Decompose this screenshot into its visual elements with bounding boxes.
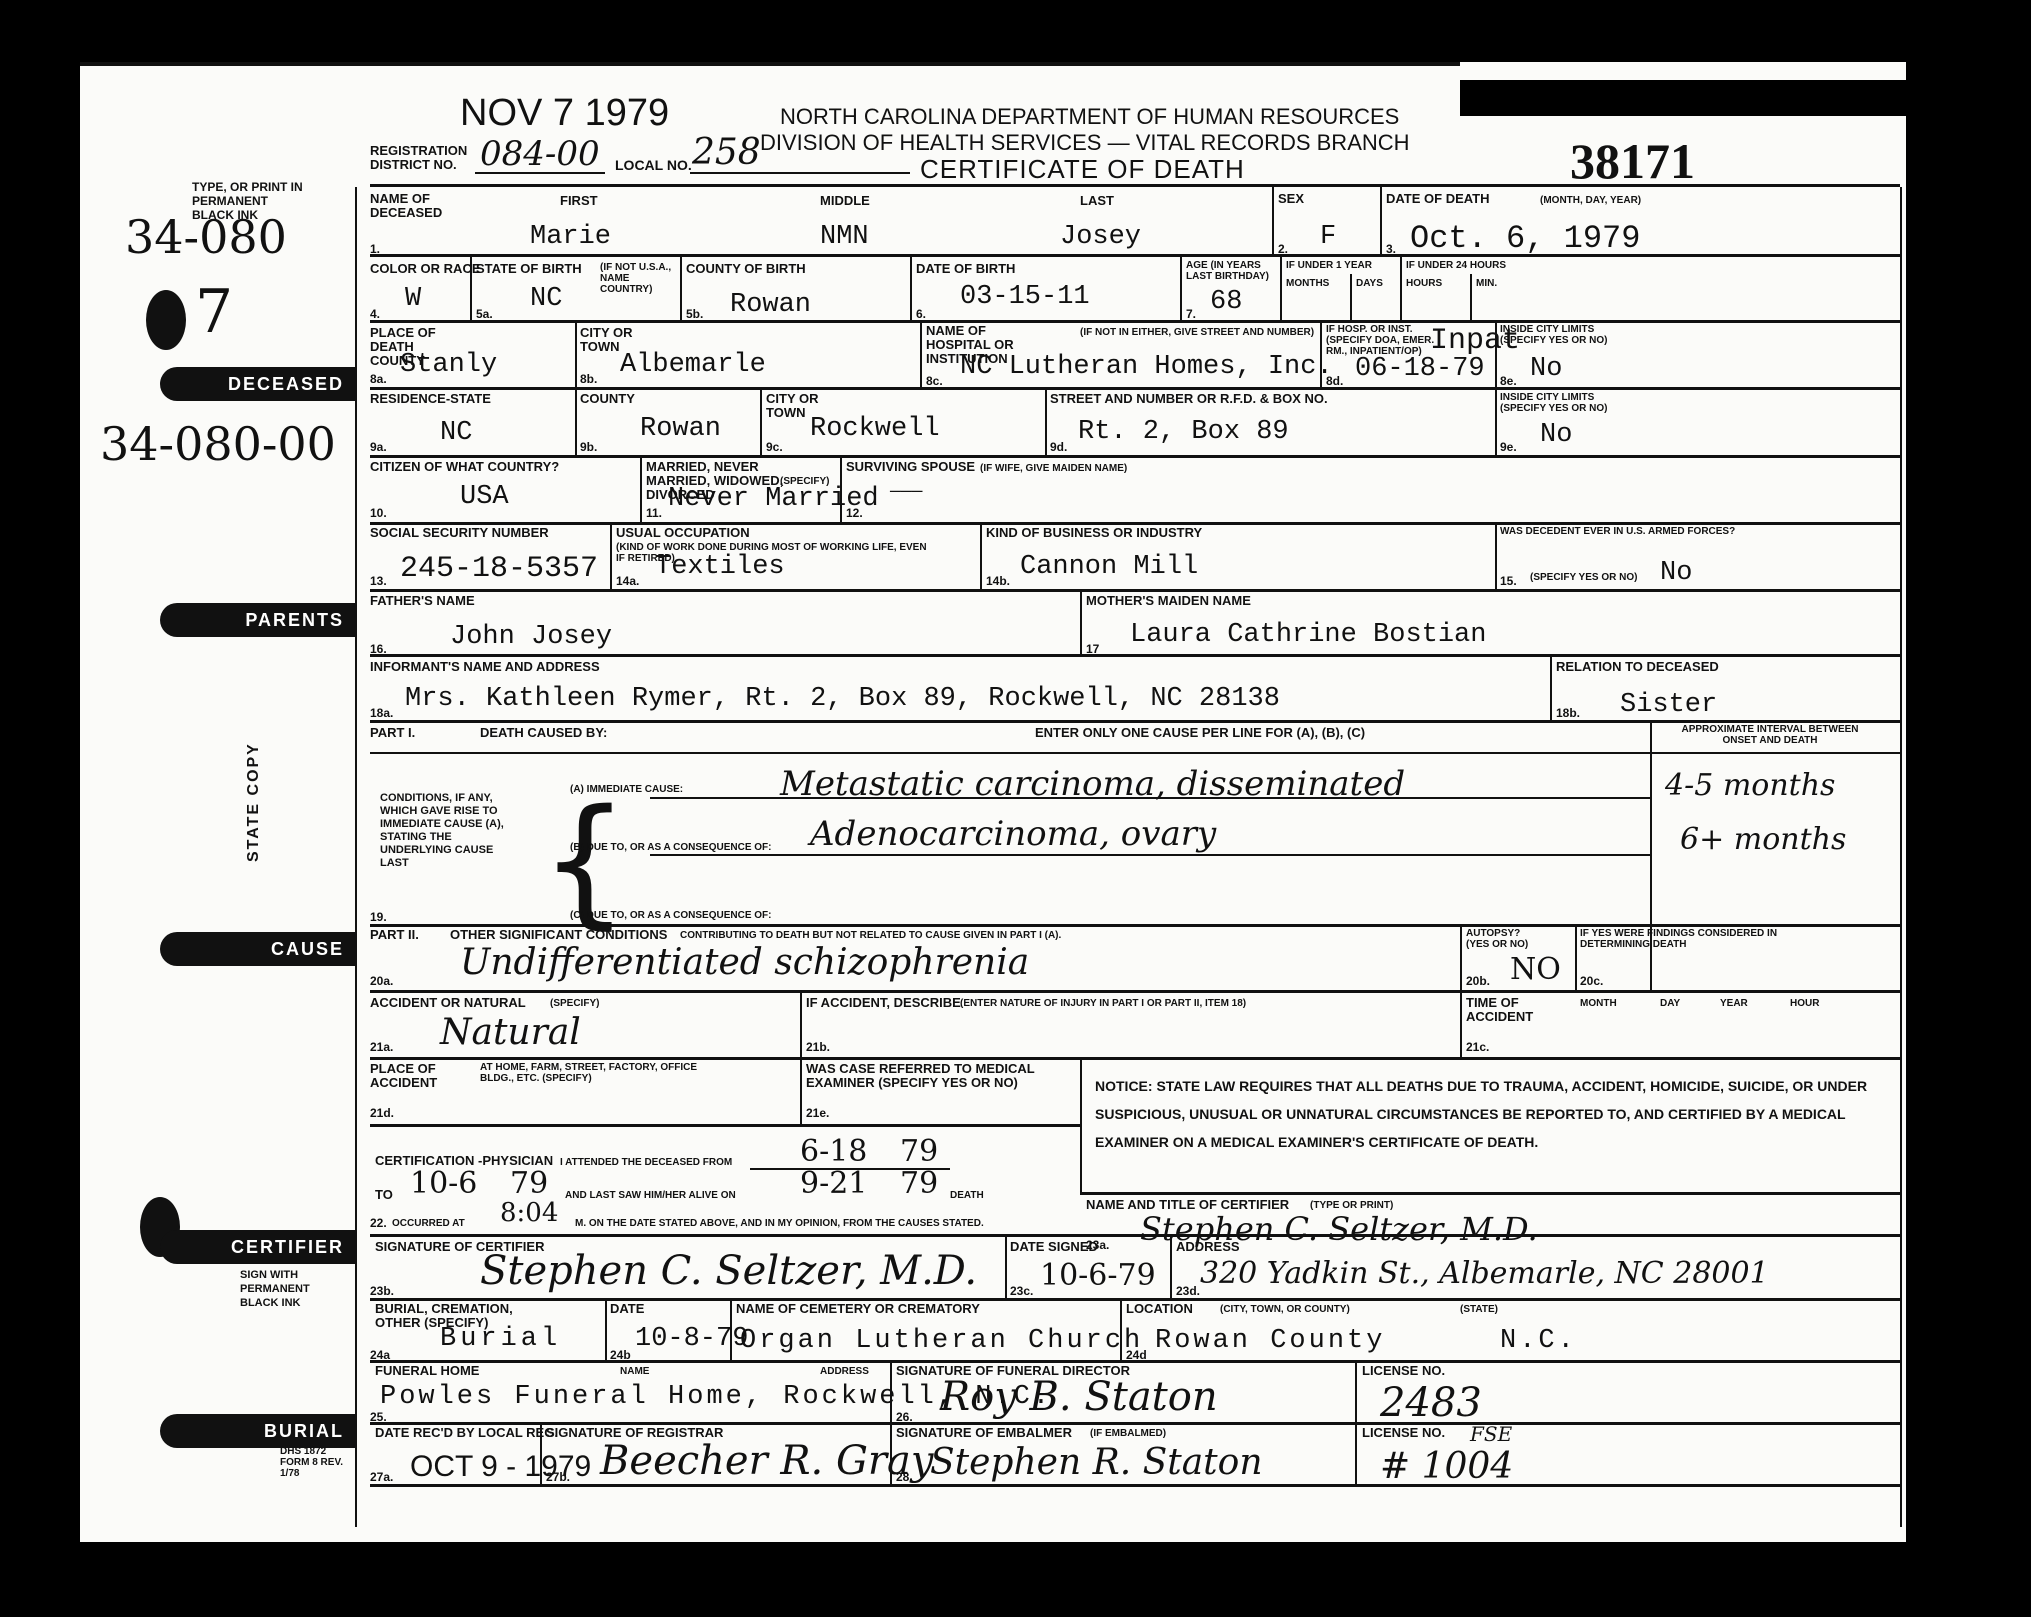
armed-forces-specify: (SPECIFY YES OR NO) [1530,572,1637,583]
top-border [80,62,1460,66]
rule [470,254,472,322]
sex-value: F [1320,222,1336,252]
item-number: 8a. [370,372,387,386]
rule [1080,589,1082,655]
item-number: 11. [646,506,662,520]
under-24-hours-label: IF UNDER 24 HOURS [1406,260,1506,271]
name-label: NAME OF DECEASED [370,192,460,220]
deceased-middle-name: NMN [820,222,869,252]
item-number: 23d. [1176,1284,1200,1298]
attended-from: 6-18 [800,1134,867,1169]
rule [840,455,842,523]
license-value: 2483 [1380,1380,1482,1426]
date-of-birth-label: DATE OF BIRTH [916,262,1015,276]
cause-b-label: (b) DUE TO, OR AS A CONSEQUENCE OF: [570,842,772,853]
county-of-birth-label: COUNTY OF BIRTH [686,262,806,276]
item-number: 5b. [686,307,703,321]
item-number: 7. [1186,307,1196,321]
date-signed-label: DATE SIGNED [1010,1240,1098,1254]
describe-note: (ENTER NATURE OF INJURY IN PART I OR PAR… [960,998,1246,1009]
last-saw-year: 79 [900,1166,938,1201]
inside-city-limits-9e: No [1540,420,1572,450]
state-of-birth-label: STATE OF BIRTH [476,262,582,276]
local-no: 258 [692,132,761,173]
tab-certifier: CERTIFIER [160,1230,356,1264]
hosp-date: 06-18-79 [1355,354,1485,384]
citizen-value: USA [460,482,509,512]
rule [610,522,612,590]
local-no-label: LOCAL NO. [615,158,692,172]
rule [370,254,1900,257]
attended-to-year: 79 [510,1166,548,1201]
rule [370,387,1900,390]
certificate-number: 38171 [1570,132,1695,190]
state-copy-label: STATE COPY [245,742,263,862]
rule [370,720,1900,723]
item-number: 20b. [1466,974,1490,988]
rule [1575,924,1577,992]
first-label: FIRST [560,194,598,208]
attended-from-year: 79 [900,1134,938,1169]
rule [1170,1234,1172,1300]
rule [910,254,912,322]
cause-instruction: ENTER ONLY ONE CAUSE PER LINE FOR (a), (… [1035,726,1365,740]
race-label: COLOR OR RACE [370,262,481,276]
disposition-value: Burial [440,1324,561,1354]
informant-label: INFORMANT'S NAME AND ADDRESS [370,660,600,674]
rule [680,254,682,322]
cemetery-name: Organ Lutheran Church [740,1326,1143,1356]
punch-hole [146,290,186,350]
day-label: DAY [1660,998,1680,1009]
item-number: 8e. [1500,374,1517,388]
age-value: 68 [1210,287,1242,317]
item-number: 21e. [806,1106,829,1120]
rule [1350,274,1352,322]
occupation-value: Textiles [655,552,785,582]
rule [1460,924,1462,992]
place-of-accident-label: PLACE OF ACCIDENT [370,1062,450,1090]
place-of-death-city: Albemarle [620,350,766,380]
rule [370,589,1900,592]
citizen-label: CITIZEN OF WHAT COUNTRY? [370,460,559,474]
occurred-at-label: OCCURRED AT [392,1218,465,1229]
rule [370,320,1900,323]
place-of-death-county: Stanly [400,350,497,380]
residence-county-label: COUNTY [580,392,635,406]
under-1-year-label: IF UNDER 1 YEAR [1286,260,1372,271]
conditions-note: CONDITIONS, IF ANY, WHICH GAVE RISE TO I… [380,792,520,870]
father-label: FATHER'S NAME [370,594,475,608]
item-number: 5a. [476,307,493,321]
rule [575,320,577,388]
item-number: 13. [370,574,387,588]
county-of-birth: Rowan [730,290,811,320]
item-number: 21a. [370,1040,393,1054]
autopsy-label: AUTOPSY? (YES OR NO) [1466,928,1536,950]
attended-to: 10-6 [410,1166,477,1201]
place-of-accident-note: AT HOME, FARM, STREET, FACTORY, OFFICE B… [480,1062,710,1084]
certifier-address: 320 Yadkin St., Albemarle, NC 28001 [1200,1256,1769,1291]
rule [370,1057,1900,1060]
registration-district-no: 084-00 [480,134,600,174]
part1-label: PART I. [370,726,415,740]
rule [890,1422,892,1486]
street-label: STREET AND NUMBER OR R.F.D. & BOX NO. [1050,392,1328,406]
min-label: MIN. [1476,278,1497,289]
rule [1470,274,1472,322]
item-number: 9a. [370,440,387,454]
rule [370,752,1900,754]
rule [1495,320,1497,388]
rule [640,455,642,523]
item-number: 8b. [580,372,597,386]
race-value: W [405,284,421,314]
item-number: 18a. [370,706,393,720]
rule [890,1360,892,1424]
residence-city: Rockwell [810,414,940,444]
months-label: MONTHS [1286,278,1329,289]
rule [370,1234,1900,1237]
spouse-note: (IF WIFE, GIVE MAIDEN NAME) [980,463,1127,474]
item-number: 4. [370,307,380,321]
cause-a-interval: 4-5 months [1665,768,1835,803]
funeral-home-address-label: ADDRESS [820,1366,869,1377]
last-saw-label: AND LAST SAW HIM/HER ALIVE ON [565,1190,736,1201]
rule [1400,254,1402,322]
rule [1495,522,1497,590]
item-number: 14a. [616,574,639,588]
item-number: 9c. [766,440,783,454]
father-name: John Josey [450,622,612,652]
form-left-border [355,187,357,1527]
registration-district-label: REGISTRATION DISTRICT NO. [370,144,470,172]
certificate-title: CERTIFICATE OF DEATH [920,154,1245,185]
spouse-value: ——— [890,482,922,502]
item-number: 28. [896,1470,913,1484]
underline [690,172,910,174]
tab-cause: CAUSE [160,932,356,966]
registrar-signature: Beecher R. Gray [600,1438,933,1484]
item-number: 20a. [370,974,393,988]
deceased-first-name: Marie [530,222,611,252]
item-number: 12. [846,506,863,520]
item-number: 9e. [1500,440,1517,454]
item-number: 8c. [926,374,943,388]
bottom-rule [370,1484,1900,1487]
death-caused-by-label: DEATH CAUSED BY: [480,726,607,740]
rule [1495,387,1497,457]
embalmer-label: SIGNATURE OF EMBALMER [896,1426,1072,1440]
death-label: DEATH [950,1190,984,1201]
date-of-death: Oct. 6, 1979 [1410,220,1640,257]
item-number: 21b. [806,1040,830,1054]
date-of-birth: 03-15-11 [960,282,1090,312]
stamp-date: NOV 7 1979 [460,92,669,135]
ssn-label: SOCIAL SECURITY NUMBER [370,526,549,540]
residence-state: NC [440,418,472,448]
redaction-bar [1460,80,1906,116]
rule [920,320,922,388]
spouse-label: SURVIVING SPOUSE [846,460,975,474]
rule [575,387,577,457]
state-of-birth-note: (IF NOT U.S.A., NAME COUNTRY) [600,262,680,295]
department-title: NORTH CAROLINA DEPARTMENT OF HUMAN RESOU… [780,104,1399,130]
inside-city-limits-label: INSIDE CITY LIMITS (SPECIFY YES OR NO) [1500,392,1620,414]
handwritten-code-2: 7 [195,277,233,347]
hospital-name: NC Lutheran Homes, Inc. [960,352,1333,382]
location-label: LOCATION [1126,1302,1193,1316]
underline [475,172,605,174]
location-note: (CITY, TOWN, OR COUNTY) [1220,1304,1350,1315]
item-number: 27b. [546,1470,570,1484]
rule [370,990,1900,993]
sex-label: SEX [1278,192,1304,206]
month-label: MONTH [1580,998,1617,1009]
rule [1460,990,1462,1058]
rule [1180,254,1182,322]
burial-state: N.C. [1500,1326,1577,1356]
year-label: YEAR [1720,998,1748,1009]
item-number: 22. [370,1216,387,1230]
mother-label: MOTHER'S MAIDEN NAME [1086,594,1251,608]
medical-examiner-notice: NOTICE: STATE LAW REQUIRES THAT ALL DEAT… [1095,1072,1885,1156]
item-number: 15. [1500,574,1517,588]
cause-c-label: (c) DUE TO, OR AS A CONSEQUENCE OF: [570,910,772,921]
rule [1080,1057,1082,1192]
embalmer-note: (IF EMBALMED) [1090,1428,1166,1439]
date-of-death-label: DATE OF DEATH [1386,192,1490,206]
occurred-at: 8:04 [500,1198,558,1228]
time-of-accident-label: TIME OF ACCIDENT [1466,996,1546,1024]
certifier-signature: Stephen C. Seltzer, M.D. [480,1248,977,1294]
tab-parents: PARENTS [160,603,356,637]
rule [370,1124,1080,1127]
item-number: 19. [370,910,387,924]
accident-specify: (SPECIFY) [550,998,599,1009]
residence-street: Rt. 2, Box 89 [1078,417,1289,447]
item-number: 9b. [580,440,597,454]
interval-label: APPROXIMATE INTERVAL BETWEEN ONSET AND D… [1670,724,1870,746]
funeral-home-label: FUNERAL HOME [375,1364,479,1378]
rule [980,522,982,590]
rule [1120,1298,1122,1362]
days-label: DAYS [1356,278,1383,289]
rule [370,1360,1900,1363]
embalmer-signature: Stephen R. Staton [930,1442,1263,1483]
hour-label: HOUR [1790,998,1819,1009]
tab-deceased: DECEASED [160,367,356,401]
describe-label: IF ACCIDENT, DESCRIBE [806,996,961,1010]
item-number: 20c. [1580,974,1603,988]
findings-label: IF YES WERE FINDINGS CONSIDERED IN DETER… [1580,928,1820,950]
date-format-label: (MONTH, DAY, YEAR) [1540,195,1641,206]
funeral-director-signature: Roy B. Staton [940,1374,1218,1420]
armed-forces-value: No [1660,558,1692,588]
rule [730,1298,732,1362]
item-number: 10. [370,506,387,520]
funeral-home-name-label: NAME [620,1366,649,1377]
rule [1080,1192,1900,1195]
date-recd-label: DATE REC'D BY LOCAL REG. [375,1426,558,1440]
ssn-value: 245-18-5357 [400,552,598,586]
rule [540,1422,542,1486]
occupation-label: USUAL OCCUPATION [616,526,750,540]
rule [1280,254,1282,322]
rule [370,184,1900,187]
embalmer-license-prefix: FSE [1470,1422,1512,1446]
medical-examiner-label: WAS CASE REFERRED TO MEDICAL EXAMINER (S… [806,1062,1066,1090]
last-label: LAST [1080,194,1114,208]
tab-burial: BURIAL [160,1414,356,1448]
inside-city-limits-label: INSIDE CITY LIMITS (SPECIFY YES OR NO) [1500,324,1620,346]
business-label: KIND OF BUSINESS OR INDUSTRY [986,526,1202,540]
part2-label: PART II. [370,928,419,942]
rule [650,854,1650,856]
rule [1005,1234,1007,1300]
embalmer-license-value: # 1004 [1380,1446,1513,1487]
last-saw: 9-21 [800,1166,867,1201]
rule [605,1298,607,1362]
state-of-birth: NC [530,284,562,314]
cause-b-interval: 6+ months [1680,822,1846,857]
embalmer-license-label: LICENSE NO. [1362,1426,1445,1440]
armed-forces-label: WAS DECEDENT EVER IN U.S. ARMED FORCES? [1500,526,1760,537]
item-number: 14b. [986,574,1010,588]
item-number: 8d. [1326,374,1343,388]
rule [1045,387,1047,457]
hospital-note: (IF NOT IN EITHER, GIVE STREET AND NUMBE… [1080,327,1314,338]
rule [760,387,762,457]
age-label: AGE (IN YEARS LAST BIRTHDAY) [1186,260,1286,282]
hosp-status-label: IF HOSP. OR INST. (Specify DOA, Emer. Rm… [1326,324,1446,357]
relation-label: RELATION TO DECEASED [1556,660,1719,674]
item-number: 23c. [1010,1284,1033,1298]
rule [370,455,1900,458]
handwritten-code-1: 34-080 [125,210,287,264]
certificate-sheet: NOV 7 1979 NORTH CAROLINA DEPARTMENT OF … [80,62,1906,1542]
rule [1380,184,1382,256]
residence-county: Rowan [640,414,721,444]
rule [370,654,1900,657]
division-title: DIVISION OF HEALTH SERVICES — VITAL RECO… [760,130,1410,156]
item-number: 21c. [1466,1040,1489,1054]
form-code: DHS 1872 FORM 8 REV. 1/78 [280,1446,350,1479]
autopsy-value: NO [1510,952,1561,987]
middle-label: MIDDLE [820,194,870,208]
date-signed: 10-6-79 [1040,1258,1156,1293]
cemetery-label: NAME OF CEMETERY OR CREMATORY [736,1302,980,1316]
attended-from-label: I ATTENDED THE DECEASED FROM [560,1157,732,1168]
item-number: 6. [916,307,926,321]
certifier-address-label: ADDRESS [1176,1240,1240,1254]
accident-label: ACCIDENT OR NATURAL [370,996,526,1010]
other-conditions-label: OTHER SIGNIFICANT CONDITIONS [450,928,667,942]
deceased-last-name: Josey [1060,222,1141,252]
rule [1550,654,1552,722]
certifier-note: SIGN WITH PERMANENT BLACK INK [240,1268,340,1310]
item-number: 18b. [1556,706,1580,720]
occurred-tail: M. ON THE DATE STATED ABOVE, AND IN MY O… [575,1218,984,1229]
cause-a-label: (a) IMMEDIATE CAUSE: [570,784,683,795]
other-conditions-value: Undifferentiated schizophrenia [460,942,1029,983]
to-label: TO [375,1188,393,1202]
hours-label: HOURS [1406,278,1442,289]
rule [1320,320,1322,388]
accident-or-natural: Natural [440,1012,581,1053]
item-number: 27a. [370,1470,393,1484]
item-number: 23b. [370,1284,394,1298]
business-value: Cannon Mill [1020,552,1198,582]
item-number: 21d. [370,1106,394,1120]
rule [650,797,1650,799]
state-label: (STATE) [1460,1304,1498,1315]
inside-city-limits-8e: No [1530,354,1562,384]
burial-location: Rowan County [1155,1326,1385,1356]
mother-name: Laura Cathrine Bostian [1130,620,1486,650]
rule [1272,184,1274,256]
residence-state-label: RESIDENCE-STATE [370,392,491,406]
other-conditions-note: CONTRIBUTING TO DEATH BUT NOT RELATED TO… [680,930,1061,941]
handwritten-code-3: 34-080-00 [100,417,336,471]
informant-value: Mrs. Kathleen Rymer, Rt. 2, Box 89, Rock… [405,684,1280,714]
burial-date-label: DATE [610,1302,644,1316]
license-label: LICENSE NO. [1362,1364,1445,1378]
cause-b-value: Adenocarcinoma, ovary [810,814,1216,854]
relation-value: Sister [1620,690,1717,720]
item-number: 9d. [1050,440,1067,454]
form-right-border [1900,187,1902,1527]
